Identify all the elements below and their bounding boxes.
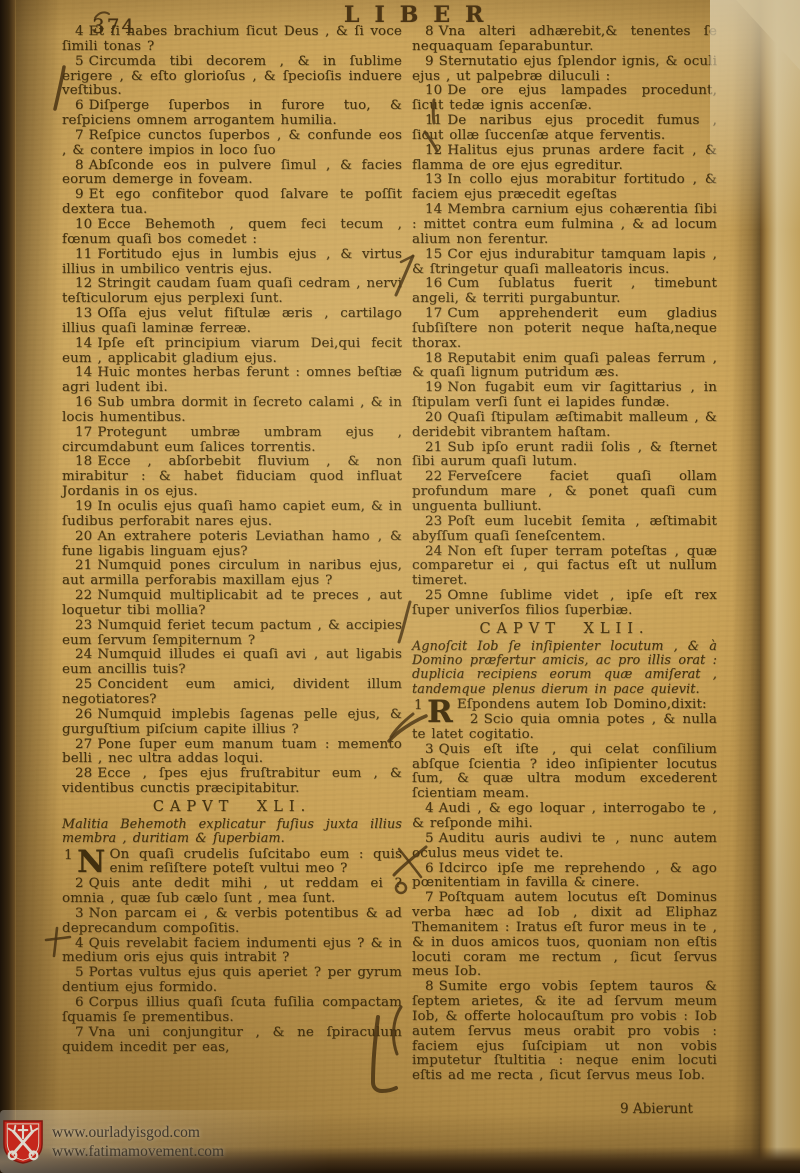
chapter-summary-41: Malitia Behemoth explicatur fuſius juxta… bbox=[62, 817, 402, 846]
verse: 28Ecce , ſpes ejus fruſtrabitur eum , & … bbox=[62, 767, 402, 797]
verse: 19Non fugabit eum vir ſagittarius , in ſ… bbox=[412, 381, 717, 411]
verse-number: 4 bbox=[75, 936, 84, 951]
verse-text: Auditu auris audivi te , nunc autem ocul… bbox=[412, 831, 717, 861]
verse: 21Numquid pones circulum in naribus ejus… bbox=[62, 559, 402, 589]
verse-text: Ecce , abſorbebit fluvium , & non mirabi… bbox=[62, 454, 402, 499]
next-page-edge bbox=[760, 0, 800, 1173]
verse: 17Protegunt umbræ umbram ejus , circumda… bbox=[62, 426, 402, 456]
verse-text: Non parcam ei , & verbis potentibus & ad… bbox=[62, 906, 402, 936]
catchword: 9 Abierunt bbox=[620, 1101, 693, 1117]
verse-number: 7 bbox=[75, 128, 84, 143]
verse: 10Ecce Behemoth , quem feci tecum , fœnu… bbox=[62, 218, 402, 248]
verse-number: 15 bbox=[425, 247, 442, 262]
verse-text: Oſſa ejus velut fiſtulæ æris , cartilago… bbox=[62, 306, 402, 336]
verse: 22Ferveſcere faciet quaſi ollam profundu… bbox=[412, 470, 717, 515]
verse-number: 14 bbox=[75, 336, 92, 351]
verse: 2Scio quia omnia potes , & nulla te late… bbox=[412, 713, 717, 743]
verse: 25Concident eum amici, divident illum ne… bbox=[62, 678, 402, 708]
verse: 5Circumda tibi decorem , & in ſublime er… bbox=[62, 55, 402, 100]
verse-number: 10 bbox=[75, 217, 92, 232]
verse: 12Halitus ejus prunas ardere facit , & f… bbox=[412, 144, 717, 174]
verse-number: 9 bbox=[425, 54, 434, 69]
drop-cap: N bbox=[77, 849, 106, 875]
book-spine-edge bbox=[0, 0, 16, 1173]
verse: 4Audi , & ego loquar , interrogabo te , … bbox=[412, 802, 717, 832]
verse: 11Fortitudo ejus in lumbis ejus , & virt… bbox=[62, 248, 402, 278]
book-photo: 374 LIBER 4Et ſi habes brachium ſicut De… bbox=[0, 0, 800, 1173]
verse-text: Audi , & ego loquar , interrogabo te , &… bbox=[412, 801, 717, 831]
crossed-keys-shield-icon bbox=[2, 1119, 44, 1165]
verse: 6Corpus illius quaſi ſcuta fuſilia compa… bbox=[62, 996, 402, 1026]
verse-number: 13 bbox=[425, 172, 442, 187]
verse-text: Quis ante dedit mihi , ut reddam ei ? om… bbox=[62, 876, 402, 906]
verse: 16Sub umbra dormit in ſecreto calami , &… bbox=[62, 396, 402, 426]
verse: 3Quis eſt iſte , qui celat conſilium abſ… bbox=[412, 743, 717, 802]
gutter-backslash-mark bbox=[422, 130, 440, 154]
verse-text: Reſpice cunctos ſuperbos , & confunde eo… bbox=[62, 128, 402, 158]
verse: 15Cor ejus indurabitur tamquam lapis , &… bbox=[412, 248, 717, 278]
verse: 13In collo ejus morabitur fortitudo , & … bbox=[412, 173, 717, 203]
verse-text: Circumda tibi decorem , & in ſublime eri… bbox=[62, 54, 402, 99]
verse-number: 14 bbox=[425, 202, 442, 217]
left-column: 4Et ſi habes brachium ſicut Deus , & ſi … bbox=[62, 25, 402, 1055]
verse: 18Ecce , abſorbebit fluvium , & non mira… bbox=[62, 455, 402, 500]
verse-number: 20 bbox=[425, 410, 442, 425]
verse-list-job41-start: N1On quaſi crudelis ſuſcitabo eum : quis… bbox=[62, 848, 402, 1056]
verse: 23Poſt eum lucebit ſemita , æſtimabit ab… bbox=[412, 515, 717, 545]
verse-number: 26 bbox=[75, 707, 92, 722]
verse-number: 4 bbox=[75, 24, 84, 39]
verse: 21Sub ipſo erunt radii ſolis , & ſternet… bbox=[412, 441, 717, 471]
chapter-heading-42: CAPVT XLII. bbox=[412, 622, 717, 637]
verse: 9Sternutatio ejus ſplendor ignis, & ocul… bbox=[412, 55, 717, 85]
watermark-url-1: www.ourladyisgod.com bbox=[52, 1123, 224, 1143]
gutter-arrow-mark bbox=[390, 252, 418, 300]
verse-number: 3 bbox=[75, 906, 84, 921]
verse-text: Cor ejus indurabitur tamquam lapis , & ſ… bbox=[412, 247, 717, 277]
verse-text: Poſt eum lucebit ſemita , æſtimabit abyſ… bbox=[412, 514, 717, 544]
verse: 12Stringit caudam ſuam quaſi cedram , ne… bbox=[62, 277, 402, 307]
verse-text: Omne ſublime videt , ipſe eſt rex ſuper … bbox=[412, 588, 717, 618]
right-column: 8Vna alteri adhærebit,& tenentes ſe nequ… bbox=[412, 25, 717, 1084]
verse-number: 5 bbox=[75, 54, 84, 69]
verse: R1Eſpondens autem Iob Domino,dixit: bbox=[412, 698, 717, 713]
verse-text: Non fugabit eum vir ſagittarius , in ſti… bbox=[412, 380, 717, 410]
verse: 24Numquid illudes ei quaſi avi , aut lig… bbox=[62, 648, 402, 678]
verse: 14Membra carnium ejus cohærentia ſibi : … bbox=[412, 203, 717, 248]
initial-flourish-mark bbox=[386, 710, 430, 746]
verse-number: 6 bbox=[75, 98, 84, 113]
verse-text: Ferveſcere faciet quaſi ollam profundum … bbox=[412, 469, 717, 514]
verse-text: Portas vultus ejus quis aperiet ? per gy… bbox=[62, 965, 402, 995]
verse-text: Numquid pones circulum in naribus ejus, … bbox=[62, 558, 402, 588]
verse-number: 9 bbox=[75, 187, 84, 202]
response-flourish-mark bbox=[390, 843, 432, 897]
verse-text: Concident eum amici, divident illum nego… bbox=[62, 677, 402, 707]
verse-text: Vna uni conjungitur , & ne ſpiraculum qu… bbox=[62, 1025, 402, 1055]
verse: 18Reputabit enim quaſi paleas ferrum , &… bbox=[412, 352, 717, 382]
gutter-paren-mark bbox=[388, 1004, 404, 1058]
verse-text: Sumite ergo vobis ſeptem tauros & ſeptem… bbox=[412, 979, 717, 1083]
verse: 24Non eſt ſuper terram poteſtas , quæ co… bbox=[412, 545, 717, 590]
verse-text: Numquid implebis ſagenas pelle ejus, & g… bbox=[62, 707, 402, 737]
verse-number: 7 bbox=[75, 1025, 84, 1040]
verse-text: Sub umbra dormit in ſecreto calami , & i… bbox=[62, 395, 402, 425]
verse-number: 21 bbox=[425, 440, 442, 455]
verse: N1On quaſi crudelis ſuſcitabo eum : quis… bbox=[62, 848, 402, 878]
verse-number: 21 bbox=[75, 558, 92, 573]
verse-number: 27 bbox=[75, 737, 92, 752]
verse-number: 12 bbox=[75, 276, 92, 291]
ink-smudge-over-page-number bbox=[92, 9, 112, 21]
verse-number: 18 bbox=[425, 351, 442, 366]
verse-text: Pone ſuper eum manum tuam : memento bell… bbox=[62, 737, 402, 767]
verse-number: 17 bbox=[425, 306, 442, 321]
verse-number: 22 bbox=[75, 588, 92, 603]
verse: 25Omne ſublime videt , ipſe eſt rex ſupe… bbox=[412, 589, 717, 619]
verse-text: Et ego confitebor quod ſalvare te poſſit… bbox=[62, 187, 402, 217]
verse-number: 23 bbox=[425, 514, 442, 529]
watermark-url-2: www.fatimamovement.com bbox=[52, 1142, 224, 1162]
verse-text: Sternutatio ejus ſplendor ignis, & oculi… bbox=[412, 54, 717, 84]
verse-text: Quis eſt iſte , qui celat conſilium abſq… bbox=[412, 742, 717, 802]
verse-number: 19 bbox=[425, 380, 442, 395]
verse: 4Quis revelabit faciem indumenti ejus ? … bbox=[62, 937, 402, 967]
verse: 6Idcirco ipſe me reprehendo , & ago pœni… bbox=[412, 862, 717, 892]
left-gutter-shadow bbox=[16, 0, 60, 1173]
verse-text: Numquid illudes ei quaſi avi , aut ligab… bbox=[62, 647, 402, 677]
verse-number: 8 bbox=[425, 979, 434, 994]
verse-text: Abſconde eos in pulvere ſimul , & facies… bbox=[62, 158, 402, 188]
verse-number: 1 bbox=[64, 849, 73, 864]
verse-text: Halitus ejus prunas ardere facit , & fla… bbox=[412, 143, 717, 173]
verse-text: Non eſt ſuper terram poteſtas , quæ comp… bbox=[412, 544, 717, 589]
verse-text: Huic montes herbas ferunt : omnes beſtiæ… bbox=[62, 365, 402, 395]
verse-list-job42: R1Eſpondens autem Iob Domino,dixit:2Scio… bbox=[412, 698, 717, 1084]
watermark: www.ourladyisgod.com www.fatimamovement.… bbox=[2, 1119, 224, 1165]
verse: 8Abſconde eos in pulvere ſimul , & facie… bbox=[62, 159, 402, 189]
verse-text: Cum apprehenderit eum gladius ſubſiſtere… bbox=[412, 306, 717, 351]
verse-text: Diſperge ſuperbos in furore tuo, & reſpi… bbox=[62, 98, 402, 128]
verse-list-job40: 4Et ſi habes brachium ſicut Deus , & ſi … bbox=[62, 25, 402, 797]
verse: 22Numquid multiplicabit ad te preces , a… bbox=[62, 589, 402, 619]
chapter-heading-41: CAPVT XLI. bbox=[62, 800, 402, 815]
verse-number: 19 bbox=[75, 499, 92, 514]
verse: 2Quis ante dedit mihi , ut reddam ei ? o… bbox=[62, 877, 402, 907]
verse-text: Vna alteri adhærebit,& tenentes ſe nequa… bbox=[412, 24, 717, 54]
verse-text: Protegunt umbræ umbram ejus , circumdabu… bbox=[62, 425, 402, 455]
verse: 20Quaſi ſtipulam æſtimabit malleum , & d… bbox=[412, 411, 717, 441]
verse-text: Quaſi ſtipulam æſtimabit malleum , & der… bbox=[412, 410, 717, 440]
drop-cap: R bbox=[427, 699, 453, 725]
verse: 8Vna alteri adhærebit,& tenentes ſe nequ… bbox=[412, 25, 717, 55]
verse-text: In oculis ejus quaſi hamo capiet eum, & … bbox=[62, 499, 402, 529]
verse: 26Numquid implebis ſagenas pelle ejus, &… bbox=[62, 708, 402, 738]
verse: 9Et ego confitebor quod ſalvare te poſſi… bbox=[62, 188, 402, 218]
verse-text: Sub ipſo erunt radii ſolis , & ſternet ſ… bbox=[412, 440, 717, 470]
verse-number: 23 bbox=[75, 618, 92, 633]
verse-text: Idcirco ipſe me reprehendo , & ago pœnit… bbox=[412, 861, 717, 891]
gutter-flourish-mark bbox=[395, 600, 415, 646]
verse-number: 5 bbox=[75, 965, 84, 980]
verse-text: Quis revelabit faciem indumenti ejus ? &… bbox=[62, 936, 402, 966]
verse: 7Vna uni conjungitur , & ne ſpiraculum q… bbox=[62, 1026, 402, 1056]
verse: 7Reſpice cunctos ſuperbos , & confunde e… bbox=[62, 129, 402, 159]
verse: 20An extrahere poteris Leviathan hamo , … bbox=[62, 530, 402, 560]
verse-number: 11 bbox=[75, 247, 92, 262]
verse-number: 25 bbox=[75, 677, 92, 692]
verse: 6Diſperge ſuperbos in furore tuo, & reſp… bbox=[62, 99, 402, 129]
verse-text: Eſpondens autem Iob Domino,dixit: bbox=[457, 697, 707, 712]
verse: 10De ore ejus lampades procedunt, ſicut … bbox=[412, 84, 717, 114]
verse-text: Fortitudo ejus in lumbis ejus , & virtus… bbox=[62, 247, 402, 277]
verse: 19In oculis ejus quaſi hamo capiet eum, … bbox=[62, 500, 402, 530]
verse-number: 18 bbox=[75, 454, 92, 469]
verse: 14Huic montes herbas ferunt : omnes beſt… bbox=[62, 366, 402, 396]
verse: 5Portas vultus ejus quis aperiet ? per g… bbox=[62, 966, 402, 996]
verse-text: Scio quia omnia potes , & nulla te latet… bbox=[412, 712, 717, 742]
verse: 3Non parcam ei , & verbis potentibus & a… bbox=[62, 907, 402, 937]
verse: 4Et ſi habes brachium ſicut Deus , & ſi … bbox=[62, 25, 402, 55]
verse-text: Ecce , ſpes ejus fruſtrabitur eum , & vi… bbox=[62, 766, 402, 796]
verse-number: 4 bbox=[425, 801, 434, 816]
chapter-summary-42: Agnoſcit Iob ſe inſipienter locutum , & … bbox=[412, 639, 717, 697]
verse-number: 13 bbox=[75, 306, 92, 321]
verse: 16Cum ſublatus fuerit , timebunt angeli,… bbox=[412, 277, 717, 307]
verse-text: De naribus ejus procedit fumus , ſicut o… bbox=[412, 113, 717, 143]
verse: 7Poſtquam autem locutus eſt Dominus verb… bbox=[412, 891, 717, 980]
verse-number: 24 bbox=[75, 647, 92, 662]
verse-text: Et ſi habes brachium ſicut Deus , & ſi v… bbox=[62, 24, 402, 54]
verse-number: 16 bbox=[425, 276, 442, 291]
verse-text: An extrahere poteris Leviathan hamo , & … bbox=[62, 529, 402, 559]
verse-text: Ipſe eſt principium viarum Dei,qui fecit… bbox=[62, 336, 402, 366]
verse: 8Sumite ergo vobis ſeptem tauros & ſepte… bbox=[412, 980, 717, 1084]
page-crease-shadow bbox=[732, 0, 760, 1173]
verse-text: De ore ejus lampades procedunt, ſicut te… bbox=[412, 83, 717, 113]
verse: 5Auditu auris audivi te , nunc autem ocu… bbox=[412, 832, 717, 862]
verse-number: 6 bbox=[75, 995, 84, 1010]
verse: 23Numquid feriet tecum pactum , & accipi… bbox=[62, 619, 402, 649]
verse-number: 14 bbox=[75, 365, 92, 380]
verse-text: In collo ejus morabitur fortitudo , & fa… bbox=[412, 172, 717, 202]
verse: 11De naribus ejus procedit fumus , ſicut… bbox=[412, 114, 717, 144]
verse-text: Membra carnium ejus cohærentia ſibi : mi… bbox=[412, 202, 717, 247]
verse-text: On quaſi crudelis ſuſcitabo eum : quis e… bbox=[110, 847, 403, 877]
verse-number: 8 bbox=[75, 158, 84, 173]
verse-text: Numquid feriet tecum pactum , & accipies… bbox=[62, 618, 402, 648]
verse-text: Numquid multiplicabit ad te preces , aut… bbox=[62, 588, 402, 618]
verse-number: 2 bbox=[470, 712, 479, 727]
verse: 13Oſſa ejus velut fiſtulæ æris , cartila… bbox=[62, 307, 402, 337]
verse-text: Cum ſublatus fuerit , timebunt angeli, &… bbox=[412, 276, 717, 306]
verse-number: 17 bbox=[75, 425, 92, 440]
verse-number: 10 bbox=[425, 83, 442, 98]
verse-text: Poſtquam autem locutus eſt Dominus verba… bbox=[412, 890, 717, 979]
verse: 27Pone ſuper eum manum tuam : memento be… bbox=[62, 738, 402, 768]
verse-text: Reputabit enim quaſi paleas ferrum , & q… bbox=[412, 351, 717, 381]
verse-text: Corpus illius quaſi ſcuta fuſilia compac… bbox=[62, 995, 402, 1025]
gutter-bar-mark bbox=[428, 98, 440, 126]
verse-number: 24 bbox=[425, 544, 442, 559]
verse-number: 22 bbox=[425, 469, 442, 484]
verse-number: 16 bbox=[75, 395, 92, 410]
verse-text: Stringit caudam ſuam quaſi cedram , nerv… bbox=[62, 276, 402, 306]
verse-text: Ecce Behemoth , quem feci tecum , fœnum … bbox=[62, 217, 402, 247]
verse-number: 28 bbox=[75, 766, 92, 781]
verse: 17Cum apprehenderit eum gladius ſubſiſte… bbox=[412, 307, 717, 352]
verse-number: 25 bbox=[425, 588, 442, 603]
verse: 14Ipſe eſt principium viarum Dei,qui fec… bbox=[62, 337, 402, 367]
verse-number: 8 bbox=[425, 24, 434, 39]
verse-list-job41-end: 8Vna alteri adhærebit,& tenentes ſe nequ… bbox=[412, 25, 717, 619]
verse-number: 20 bbox=[75, 529, 92, 544]
